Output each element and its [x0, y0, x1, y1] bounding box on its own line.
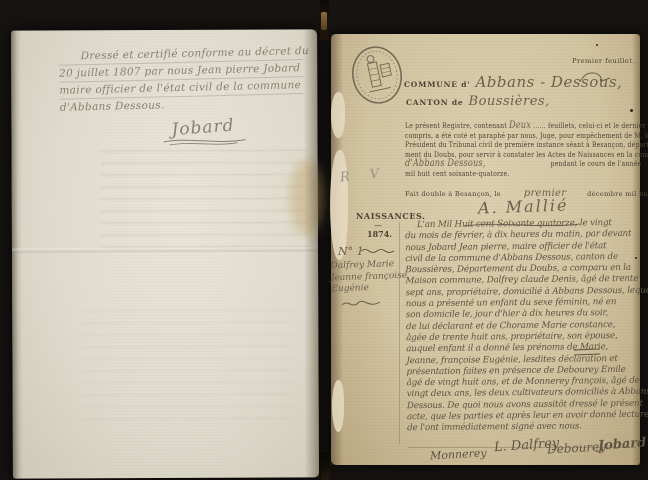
ghost-bleedthrough: [102, 147, 307, 248]
paper-speck: [635, 257, 637, 259]
canton-name-handwritten: Boussières,: [469, 94, 550, 109]
statement-line: feuillets, celui-ci et le dernier: [548, 121, 645, 130]
sheets-count-handwritten: Deux: [509, 120, 531, 131]
commune-name-handwritten-2: d'Abbans Dessous,: [405, 158, 486, 169]
paper-speck: [630, 109, 633, 112]
statement-line: mil huit cent soixante-quatorze.: [405, 169, 509, 178]
register-statement: Le présent Registre, contenant Deux ....…: [405, 121, 631, 179]
statement-line: pendant le cours de l'année: [551, 159, 642, 168]
paper-speck: [596, 44, 598, 46]
left-page: Dressé et certifié conforme au décret du…: [11, 29, 319, 478]
year-underline-icon: [360, 238, 396, 243]
act-text: L'an Mil Huit cent Soixante quatorze, le…: [405, 218, 641, 435]
canton-label: CANTON de: [406, 98, 463, 107]
commune-name-handwritten: Abbans - Dessous,: [475, 73, 622, 91]
timbre-imperial-seal-icon: [350, 44, 404, 106]
act-number: N° 1: [338, 245, 364, 258]
torn-edge: [332, 380, 344, 432]
binding-thread-top: [320, 0, 329, 40]
signature-flourish-icon: [161, 136, 247, 146]
commune-row: COMMUNE d' Abbans - Dessous,: [404, 72, 622, 91]
canton-row: CANTON de Boussières,: [406, 90, 550, 109]
statement-dots: ......: [533, 121, 546, 130]
strikethrough-mark: [574, 349, 600, 356]
issue-printed-after: décembre mil huit cent soixante-treize.: [587, 190, 648, 198]
statement-line: Président du Tribunal civil de première …: [405, 140, 648, 149]
certification-note: Dressé et certifié conforme au décret du…: [58, 43, 304, 116]
torn-edge: [331, 92, 345, 138]
margin-divider-rule: [399, 222, 400, 444]
fold-crease: [12, 247, 318, 252]
folio-label: Premier feuillet.: [572, 57, 635, 65]
torn-edge: [330, 150, 348, 260]
statement-line: compris, a été coté et paraphé par nous,…: [405, 131, 648, 140]
child-name-margin: Dalfrey Marie Jeanne françoise Eugénie: [330, 259, 409, 296]
commune-label: COMMUNE d': [404, 80, 470, 89]
binding-thread-bottom: [321, 452, 329, 480]
ghost-bleedthrough: [82, 309, 292, 420]
issue-printed-before: Fait double à Besançon, le: [405, 190, 501, 198]
binding-thread-tip: [321, 12, 327, 30]
register-scan: Dressé et certifié conforme au décret du…: [0, 0, 648, 480]
margin-paraph-icon: [340, 296, 382, 310]
ink-stain: [290, 159, 324, 235]
statement-line: Le présent Registre, contenant: [405, 121, 507, 130]
